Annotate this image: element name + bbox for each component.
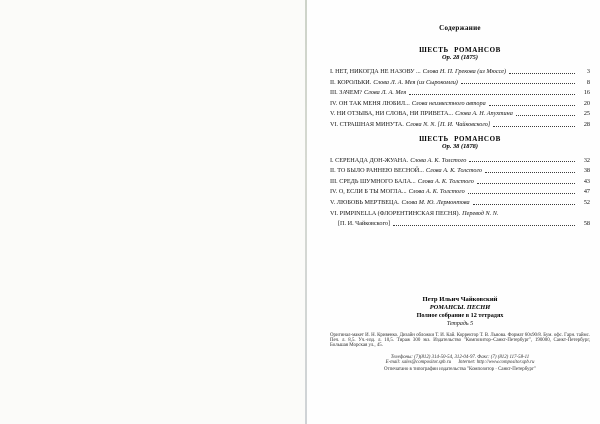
entry-title-continuation: [П. И. Чайковского] [330,219,390,230]
entry-title: II. КОРОЛЬКИ. [330,78,371,89]
dot-leader [493,126,575,127]
entry-credit: Слова М. Ю. Лермонтова [402,198,470,209]
left-page-blank [0,0,305,424]
toc-entry: V. ЛЮБОВЬ МЕРТВЕЦА.Слова М. Ю. Лермонтов… [330,198,590,209]
toc-entry: V. НИ ОТЗЫВА, НИ СЛОВА, НИ ПРИВЕТА...Сло… [330,109,590,120]
toc-entry-continuation: [П. И. Чайковского]58 [330,219,590,230]
entry-page: 58 [577,219,590,230]
entry-title: I. СЕРЕНАДА ДОН-ЖУАНА. [330,156,408,167]
entry-credit: Слова Л. А. Мея [364,88,406,99]
entry-credit: Слова А. Н. Апухтина [455,109,513,120]
entry-credit: Слова А. К. Толстого [410,156,466,167]
dot-leader [468,193,575,194]
toc-entry: I. СЕРЕНАДА ДОН-ЖУАНА.Слова А. К. Толсто… [330,156,590,167]
email-line: E-mail: sales@compositor.spb.ru Internet… [330,360,590,366]
entry-credit: Слова Л. А. Мея (из Сырокомли) [373,78,458,89]
toc-entry: VI. PIMPINELLA (ФЛОРЕНТИНСКАЯ ПЕСНЯ).Пер… [330,209,590,220]
entry-title: I. НЕТ, НИКОГДА НЕ НАЗОВУ ... [330,67,421,78]
entry-title: V. НИ ОТЗЫВА, НИ СЛОВА, НИ ПРИВЕТА... [330,109,453,120]
toc-entry: I. НЕТ, НИКОГДА НЕ НАЗОВУ ...Слова Н. П.… [330,67,590,78]
dot-leader [461,83,575,84]
dot-leader [469,161,575,162]
entry-credit: Слова А. К. Толстого [418,177,474,188]
dot-leader [477,183,575,184]
dot-leader [509,73,575,74]
entry-credit: Перевод N. N. [462,209,498,220]
entry-title: III. СРЕДЬ ШУМНОГО БАЛА... [330,177,416,188]
toc-entry: III. ЗАЧЕМ?Слова Л. А. Мея16 [330,88,590,99]
entry-page: 16 [577,88,590,99]
book-spread: Содержание ШЕСТЬ РОМАНСОВOp. 28 (1875)I.… [0,0,600,424]
dot-leader [409,94,575,95]
entry-credit: Слова неизвестного автора [412,99,486,110]
entry-credit: Слова А. К. Толстого [409,187,465,198]
contents-page: Содержание ШЕСТЬ РОМАНСОВOp. 28 (1875)I.… [307,0,600,424]
entry-page: 43 [577,177,590,188]
entry-title: IV. О, ЕСЛИ Б ТЫ МОГЛА... [330,187,407,198]
section-opus: Op. 28 (1875) [330,54,590,62]
dot-leader [393,225,575,226]
dot-leader [473,204,575,205]
toc-entry: IV. ОН ТАК МЕНЯ ЛЮБИЛ...Слова неизвестно… [330,99,590,110]
dot-leader [516,115,575,116]
entry-page: 47 [577,187,590,198]
entry-page: 20 [577,99,590,110]
composer-name: Петр Ильич Чайковский [330,296,590,304]
toc-entry: III. СРЕДЬ ШУМНОГО БАЛА...Слова А. К. То… [330,177,590,188]
entry-page: 52 [577,198,590,209]
section-heading: ШЕСТЬ РОМАНСОВ [330,135,590,143]
toc-entry: II. КОРОЛЬКИ.Слова Л. А. Мея (из Сыроком… [330,78,590,89]
entry-page: 28 [577,120,590,131]
entry-title: II. ТО БЫЛО РАННЕЮ ВЕСНОЙ... [330,166,424,177]
toc-entry: II. ТО БЫЛО РАННЕЮ ВЕСНОЙ...Слова А. К. … [330,166,590,177]
entry-page: 8 [577,78,590,89]
entry-title: VI. СТРАШНАЯ МИНУТА. [330,120,404,131]
contents-column: Содержание ШЕСТЬ РОМАНСОВOp. 28 (1875)I.… [307,0,600,424]
collection-title: Полное собрание в 12 тетрадях [330,312,590,320]
dot-leader [485,172,575,173]
entry-page: 38 [577,166,590,177]
entry-title: III. ЗАЧЕМ? [330,88,362,99]
volume-label: Тетрадь 5 [330,320,590,328]
imprint-text: Оригинал-макет И. Н. Кривенко. Дизайн об… [330,333,590,349]
entry-credit: Слова N. N. [П. И. Чайковского] [406,120,490,131]
dot-leader [489,105,575,106]
table-of-contents: ШЕСТЬ РОМАНСОВOp. 28 (1875)I. НЕТ, НИКОГ… [330,46,590,230]
work-title: РОМАНСЫ. ПЕСНИ [330,304,590,312]
entry-title: VI. PIMPINELLA (ФЛОРЕНТИНСКАЯ ПЕСНЯ). [330,209,460,220]
contents-title: Содержание [330,24,590,32]
section-opus: Op. 38 (1878) [330,143,590,151]
toc-entry: IV. О, ЕСЛИ Б ТЫ МОГЛА...Слова А. К. Тол… [330,187,590,198]
entry-title: IV. ОН ТАК МЕНЯ ЛЮБИЛ... [330,99,410,110]
entry-page: 3 [577,67,590,78]
entry-title: V. ЛЮБОВЬ МЕРТВЕЦА. [330,198,400,209]
entry-page: 25 [577,109,590,120]
entry-page: 32 [577,156,590,167]
colophon: Петр Ильич Чайковский РОМАНСЫ. ПЕСНИ Пол… [330,296,590,372]
section-heading: ШЕСТЬ РОМАНСОВ [330,46,590,54]
entry-credit: Слова А. К. Толстого [426,166,482,177]
entry-credit: Слова Н. П. Грекова (из Мюссе) [423,67,506,78]
printed-line: Отпечатано в типографии издательства "Ко… [330,367,590,373]
toc-entry: VI. СТРАШНАЯ МИНУТА.Слова N. N. [П. И. Ч… [330,120,590,131]
